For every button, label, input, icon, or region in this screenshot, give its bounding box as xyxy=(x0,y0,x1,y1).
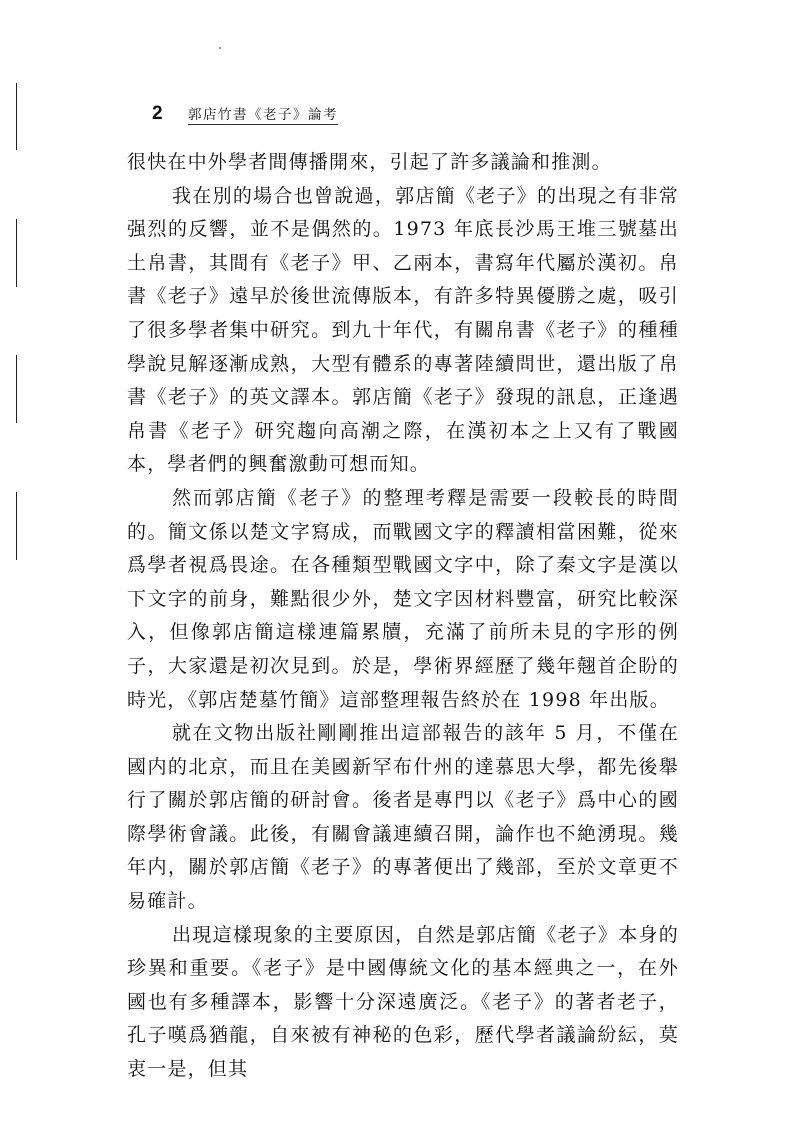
page-number: 2 xyxy=(152,103,188,125)
paragraph: 出現這樣現象的主要原因，自然是郭店簡《老子》本身的珍異和重要。《老子》是中國傳統… xyxy=(127,919,679,1087)
page-header: 2 郭店竹書《老子》論考 xyxy=(152,103,338,127)
margin-bar xyxy=(16,219,17,287)
paragraph: 我在別的場合也曾說過，郭店簡《老子》的出現之有非常强烈的反響，並不是偶然的。19… xyxy=(127,180,679,482)
paragraph: 就在文物出版社剛剛推出這部報告的該年 5 月，不僅在國内的北京，而且在美國新罕布… xyxy=(127,717,679,919)
paragraph: 然而郭店簡《老子》的整理考釋是需要一段較長的時間的。簡文係以楚文字寫成，而戰國文… xyxy=(127,482,679,717)
scan-speck xyxy=(219,47,221,49)
body-text: 很快在中外學者間傳播開來，引起了許多議論和推測。 我在別的場合也曾說過，郭店簡《… xyxy=(127,146,679,1087)
running-title: 郭店竹書《老子》論考 xyxy=(188,103,338,125)
margin-bar xyxy=(16,492,17,560)
paragraph: 很快在中外學者間傳播開來，引起了許多議論和推測。 xyxy=(127,146,679,180)
margin-bar xyxy=(16,355,17,423)
margin-bar xyxy=(16,83,17,150)
